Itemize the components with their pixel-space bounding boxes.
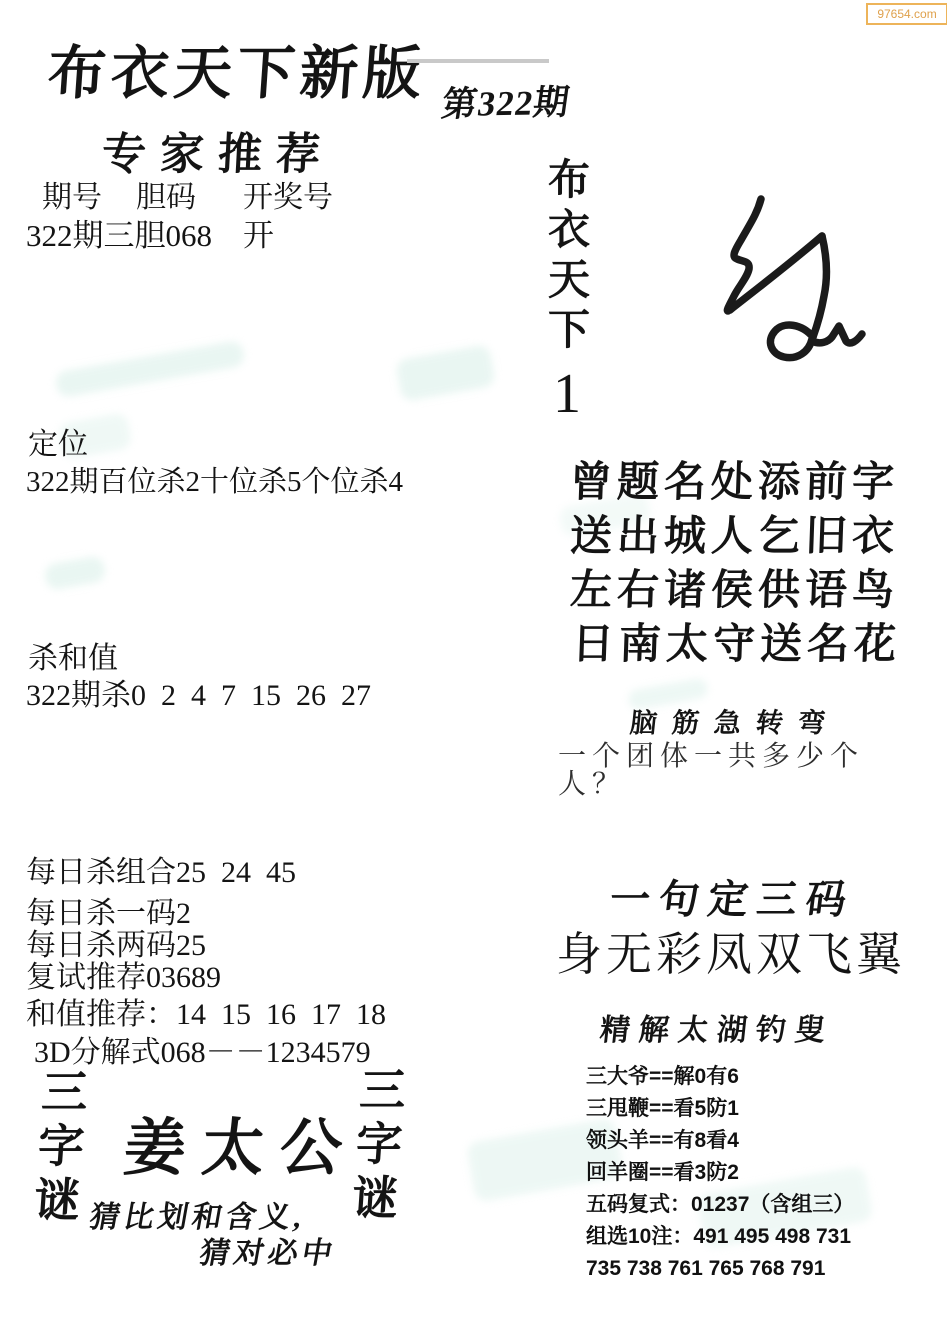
- daily-line: 和值推荐：14 15 16 17 18: [26, 1000, 386, 1030]
- brand-number: 1: [553, 366, 581, 422]
- riddle-hint-line2: 猜对必中: [197, 1239, 338, 1269]
- riddle-char: 谜: [33, 1178, 82, 1224]
- daily-line: 每日杀组合25 24 45: [26, 858, 296, 888]
- one-line-code-sentence: 身无彩凤双飞翼: [556, 932, 906, 978]
- poem-line: 曾题名处添前字: [569, 456, 900, 510]
- riddle-title: 姜太公: [121, 1118, 360, 1180]
- taihu-line: 五码复式：01237（含组三）: [586, 1194, 854, 1215]
- watermark-blob: [54, 340, 246, 399]
- taihu-line: 735 738 761 765 768 791: [586, 1258, 854, 1279]
- watermark-blob: [395, 344, 496, 402]
- taihu-list: 三大爷==解0有6 三甩鞭==看5防1 领头羊==有8看4 回羊圈==看3防2 …: [586, 1066, 854, 1279]
- cursive-signature-icon: [680, 170, 900, 390]
- daily-line: 复试推荐03689: [26, 963, 221, 993]
- daily-line: 3D分解式068－－1234579: [34, 1038, 371, 1068]
- daily-line: 每日杀一码2: [26, 899, 191, 929]
- watermark-blob: [43, 555, 107, 591]
- brand-vertical: 布 衣 天 下: [548, 160, 590, 352]
- riddle-char: 字: [36, 1124, 85, 1170]
- dingwei-line: 322期百位杀2十位杀5个位杀4: [26, 468, 403, 497]
- taihu-line: 领头羊==有8看4: [586, 1130, 854, 1151]
- expert-col-issue: 期号: [42, 183, 102, 213]
- expert-col-draw: 开奖号: [243, 183, 333, 213]
- sha-hezhi-heading: 杀和值: [28, 644, 118, 674]
- expert-heading: 专家推荐: [101, 133, 335, 177]
- poem-line: 左右诸侯供语鸟: [569, 564, 900, 618]
- taihu-line: 三甩鞭==看5防1: [586, 1098, 854, 1119]
- watermark-blob: [627, 677, 709, 711]
- brainteaser-heading: 脑筋急转弯: [629, 710, 842, 737]
- riddle-left-vertical: 三 字 谜: [33, 1070, 90, 1224]
- brand-char: 衣: [548, 210, 590, 252]
- page-title: 布衣天下新版: [46, 45, 428, 103]
- taihu-line: 组选10注：491 495 498 731: [586, 1226, 854, 1247]
- brand-char: 布: [548, 160, 590, 202]
- riddle-char: 字: [354, 1122, 403, 1168]
- brainteaser-question-line2: 人？: [558, 771, 626, 799]
- riddle-char: 三: [40, 1070, 89, 1116]
- dingwei-heading: 定位: [28, 430, 88, 460]
- expert-row-draw: 开: [243, 220, 274, 251]
- buyi-tianxia-sheet: 97654.com 布衣天下新版 3D 第322期 专家推荐 期号 胆码 开奖号…: [0, 0, 947, 1323]
- edition-3d-clipped: 3D: [556, 56, 599, 74]
- issue-number: 第322期: [439, 85, 572, 122]
- riddle-right-vertical: 三 字 谜: [351, 1068, 408, 1222]
- taihu-line: 回羊圈==看3防2: [586, 1162, 854, 1183]
- taihu-heading: 精解太湖钓叟: [598, 1016, 835, 1046]
- brainteaser-question-line1: 一个团体一共多少个: [558, 743, 864, 771]
- brand-char: 下: [548, 310, 590, 352]
- poem-line: 日南太守送名花: [571, 618, 902, 672]
- one-line-code-heading: 一句定三码: [608, 880, 858, 920]
- title-rule: [407, 59, 549, 63]
- riddle-char: 三: [358, 1068, 407, 1114]
- taihu-line: 三大爷==解0有6: [586, 1066, 854, 1087]
- riddle-char: 谜: [351, 1176, 400, 1222]
- sha-hezhi-line: 322期杀0 2 4 7 15 26 27: [26, 681, 371, 711]
- riddle-hint-line1: 猜比划和含义,: [87, 1203, 308, 1233]
- daily-line: 每日杀两码25: [26, 931, 206, 961]
- site-badge[interactable]: 97654.com: [866, 3, 947, 25]
- brand-char: 天: [548, 260, 590, 302]
- expert-row-issue-dan: 322期三胆068: [26, 220, 212, 251]
- expert-col-dan: 胆码: [136, 183, 196, 213]
- poem-line: 送出城人乞旧衣: [569, 510, 900, 564]
